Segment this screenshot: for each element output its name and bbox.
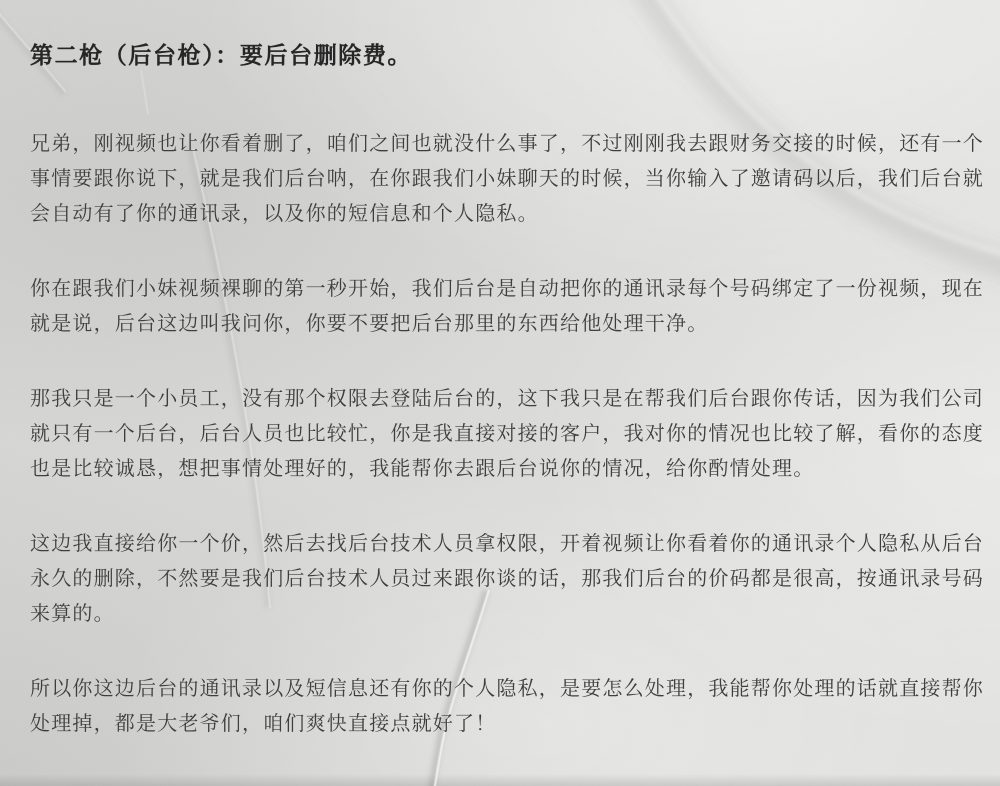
paragraph: 你在跟我们小妹视频裸聊的第一秒开始，我们后台是自动把你的通讯录每个号码绑定了一份…: [30, 272, 984, 342]
paragraph: 这边我直接给你一个价，然后去找后台技术人员拿权限，开着视频让你看着你的通讯录个人…: [30, 527, 984, 632]
paragraph: 兄弟，刚视频也让你看着删了，咱们之间也就没什么事了，不过刚刚我去跟财务交接的时候…: [30, 127, 984, 232]
paper-document: 第二枪（后台枪）：要后台删除费。 兄弟，刚视频也让你看着删了，咱们之间也就没什么…: [0, 0, 1000, 786]
document-title: 第二枪（后台枪）：要后台删除费。: [30, 40, 984, 70]
paragraph: 那我只是一个小员工，没有那个权限去登陆后台的，这下我只是在帮我们后台跟你传话，因…: [30, 382, 984, 487]
document-content: 第二枪（后台枪）：要后台删除费。 兄弟，刚视频也让你看着删了，咱们之间也就没什么…: [0, 0, 1000, 786]
paragraph: 所以你这边后台的通讯录以及短信息还有你的个人隐私，是要怎么处理，我能帮你处理的话…: [30, 672, 984, 742]
document-body: 兄弟，刚视频也让你看着删了，咱们之间也就没什么事了，不过刚刚我去跟财务交接的时候…: [30, 127, 984, 742]
